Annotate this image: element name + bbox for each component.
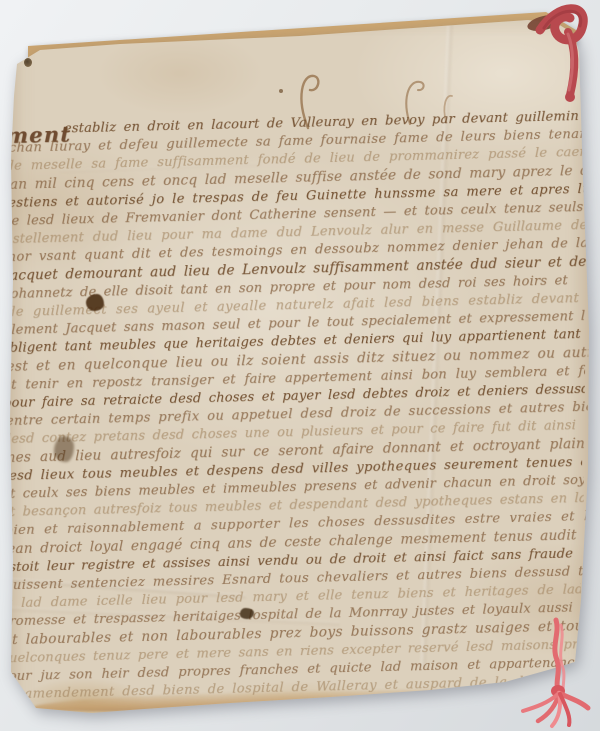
worm-hole: [24, 58, 32, 67]
red-wax-cord: [440, 0, 600, 140]
photo-backdrop: ment establiz en droit en lacourt de Val…: [0, 0, 600, 731]
ink-fleck: [135, 28, 140, 32]
pink-thread-tassel: [498, 598, 600, 731]
ink-blot: [86, 294, 104, 311]
ink-fleck: [100, 31, 106, 36]
ink-fleck: [279, 89, 283, 93]
ink-smudge: [54, 436, 74, 462]
